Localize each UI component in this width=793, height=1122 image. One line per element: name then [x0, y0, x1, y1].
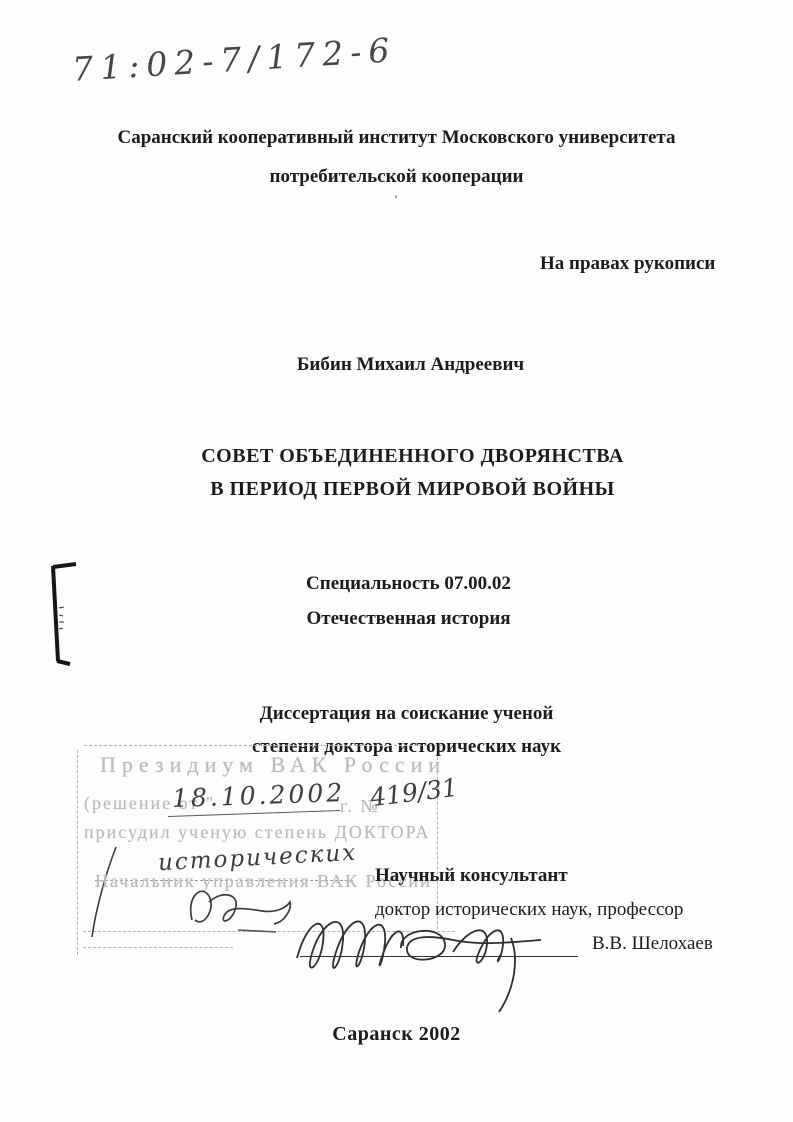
manuscript-note: На правах рукописи: [540, 253, 715, 275]
dissertation-title-page: 71:02-7/172-6 Саранский кооперативный ин…: [0, 0, 793, 1122]
dissertation-line1: Диссертация на соискание ученой: [10, 703, 793, 725]
stray-tick-mark: ’: [394, 192, 398, 207]
stamp-award-line: присудил ученую степень ДОКТОРА: [84, 822, 430, 843]
stamp-border-left: [77, 750, 78, 955]
consultant-heading: Научный консультант: [375, 865, 568, 887]
title-line1: СОВЕТ ОБЪЕДИНЕННОГО ДВОРЯНСТВА: [16, 445, 793, 468]
city-year: Саранск 2002: [0, 1023, 793, 1046]
handwritten-decision-date: 18.10.2002: [172, 778, 346, 813]
consultant-name: В.В. Шелохаев: [592, 933, 713, 955]
stamp-org-line: Президиум ВАК России: [100, 752, 446, 778]
author-name: Бибин Михаил Андреевич: [14, 354, 793, 376]
handwritten-slash-mark: [86, 843, 122, 941]
stamp-border-top: [84, 745, 442, 746]
stamp-border-bottom2: [83, 947, 233, 948]
institute-name-line2: потребительской кооперации: [0, 166, 793, 188]
handwritten-decision-number: 419/31: [369, 773, 460, 813]
title-line2: В ПЕРИОД ПЕРВОЙ МИРОВОЙ ВОЙНЫ: [16, 478, 793, 501]
specialty-line1: Специальность 07.00.02: [12, 573, 793, 595]
consultant-signature: [293, 908, 588, 1018]
handwritten-archive-number: 71:02-7/172-6: [71, 30, 397, 89]
specialty-line2: Отечественная история: [12, 608, 793, 630]
consultant-signature-line: [300, 956, 578, 957]
institute-name-line1: Саранский кооперативный институт Московс…: [0, 127, 793, 149]
